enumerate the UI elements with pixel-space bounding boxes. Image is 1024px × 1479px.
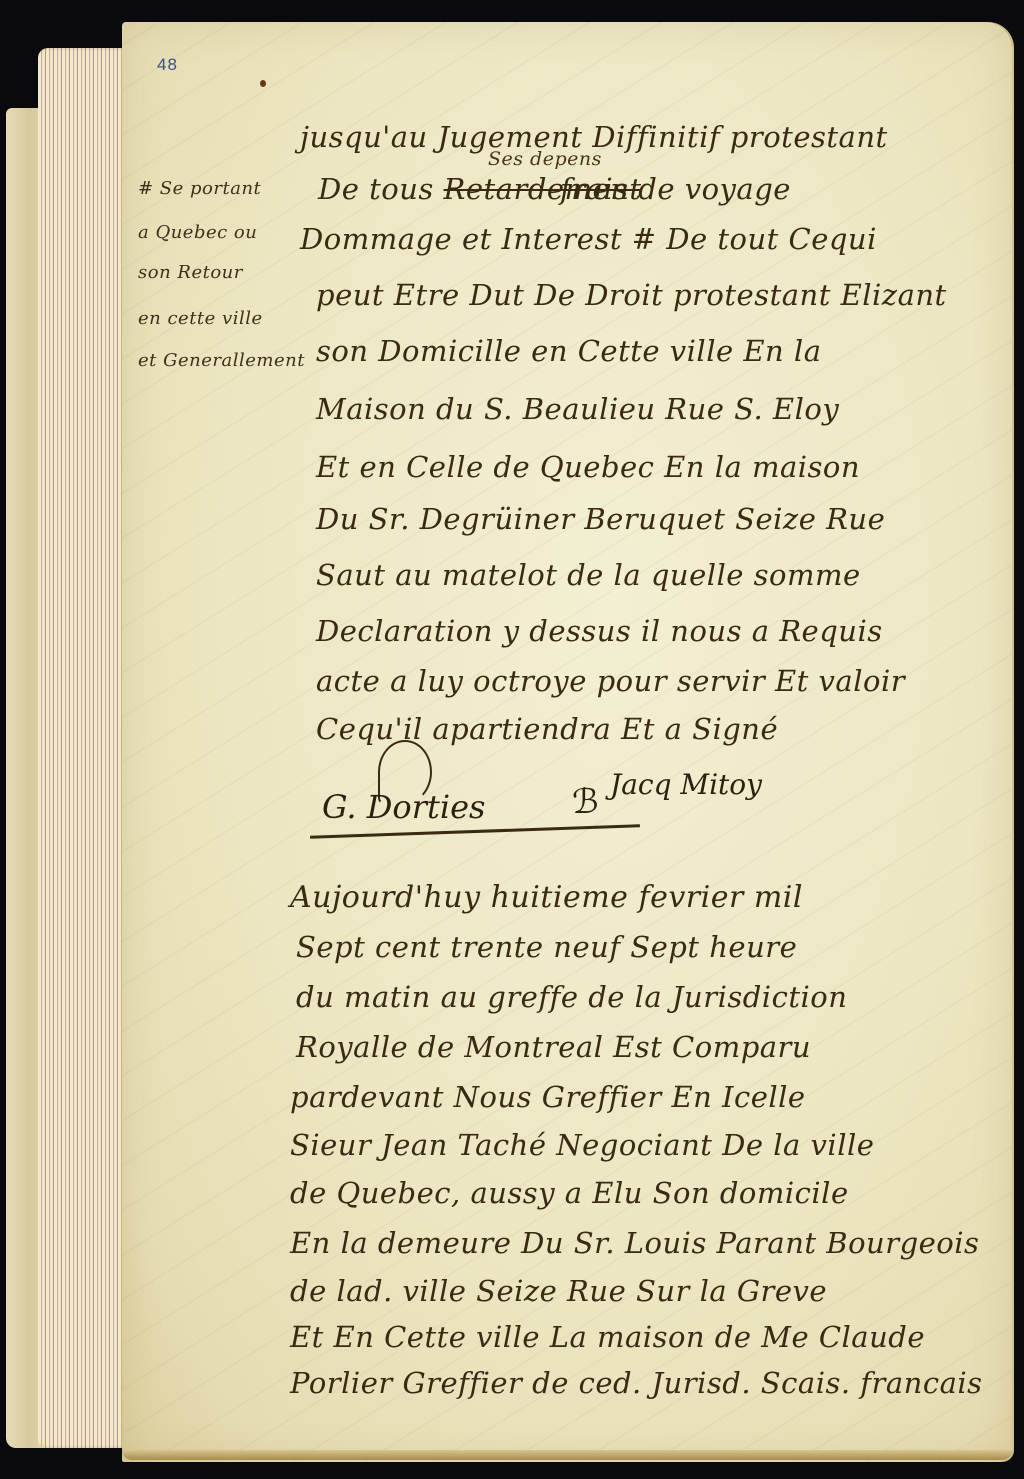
entry-line: Aujourd'huy huitieme fevrier mil bbox=[290, 880, 803, 915]
signature-underline bbox=[310, 824, 640, 839]
margin-note-line: en cette ville bbox=[138, 308, 263, 329]
entry-line-prefix: De tous bbox=[318, 172, 444, 206]
folio-number: 48 bbox=[157, 55, 178, 75]
entry-line: de Quebec, aussy a Elu Son domicile bbox=[290, 1176, 849, 1210]
entry-line: son Domicille en Cette ville En la bbox=[316, 334, 821, 368]
entry-line: peut Etre Dut De Droit protestant Elizan… bbox=[316, 278, 947, 312]
entry-line: pardevant Nous Greffier En Icelle bbox=[290, 1080, 806, 1114]
entry-line: du matin au greffe de la Jurisdiction bbox=[296, 980, 847, 1014]
entry-line: Maison du S. Beaulieu Rue S. Eloy bbox=[316, 392, 839, 426]
signature-right: Jacq Mitoy bbox=[610, 768, 762, 801]
margin-note-line: # Se portant bbox=[138, 178, 261, 199]
margin-note-line: et Generallement bbox=[138, 350, 305, 371]
entry-line: Sieur Jean Taché Negociant De la ville bbox=[290, 1128, 874, 1162]
entry-line: En la demeure Du Sr. Louis Parant Bourge… bbox=[290, 1226, 979, 1260]
entry-line: Sept cent trente neuf Sept heure bbox=[296, 930, 797, 964]
page-bottom-edge bbox=[122, 1450, 1012, 1460]
entry-line: Royalle de Montreal Est Comparu bbox=[296, 1030, 811, 1064]
entry-line: Et en Celle de Quebec En la maison bbox=[316, 450, 860, 484]
signatures: G. Dorties ℬ Jacq Mitoy bbox=[310, 740, 870, 850]
entry-line: Dommage et Interest # De tout Cequi bbox=[300, 222, 877, 256]
paraph-mark-icon: ℬ bbox=[572, 782, 599, 822]
manuscript-scan: 48 # Se portant a Quebec ou son Retour e… bbox=[0, 0, 1024, 1479]
entry-line: Et En Cette ville La maison de Me Claude bbox=[290, 1320, 925, 1354]
entry-line-tail: frais de voyage bbox=[560, 172, 791, 206]
entry-line: Porlier Greffier de ced. Jurisd. Scais. … bbox=[290, 1366, 983, 1400]
entry-line: Saut au matelot de la quelle somme bbox=[316, 558, 861, 592]
interlinear-insertion: Ses depens bbox=[488, 148, 602, 170]
entry-line: de lad. ville Seize Rue Sur la Greve bbox=[290, 1274, 827, 1308]
ink-spot bbox=[260, 80, 266, 87]
entry-line: Declaration y dessus il nous a Requis bbox=[316, 614, 883, 648]
stacked-page-edges bbox=[38, 48, 130, 1448]
margin-note-line: a Quebec ou bbox=[138, 222, 257, 243]
entry-line: Du Sr. Degrüiner Beruquet Seize Rue bbox=[316, 502, 885, 536]
signature-left: G. Dorties bbox=[322, 788, 485, 826]
entry-line: acte a luy octroye pour servir Et valoir bbox=[316, 664, 905, 698]
margin-note-line: son Retour bbox=[138, 262, 243, 283]
